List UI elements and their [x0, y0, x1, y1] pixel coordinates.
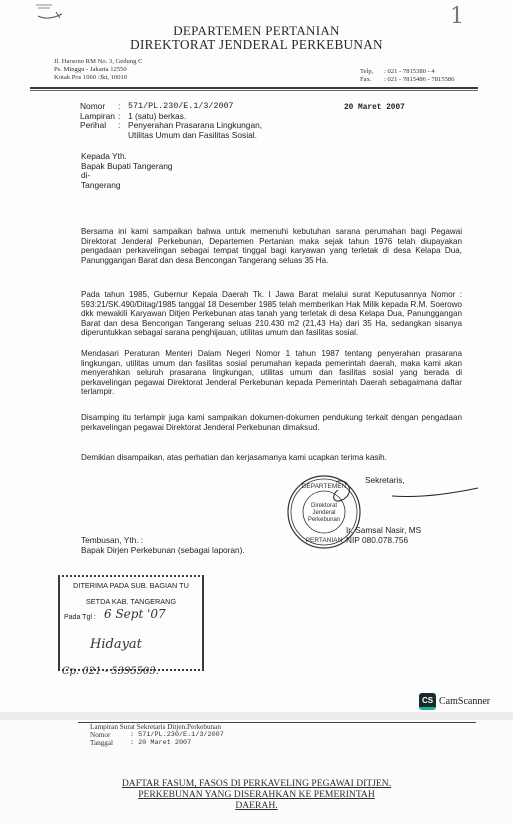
attachment-title: DAFTAR FASUM, FASOS DI PERKAVELING PEGAW… — [0, 778, 513, 811]
body-paragraph: Pada tahun 1985, Gubernur Kepala Daerah … — [81, 290, 462, 338]
letter-page-1: 1 DEPARTEMEN PERTANIAN DIREKTORAT JENDER… — [0, 0, 513, 712]
body-paragraph: Mendasari Peraturan Menteri Dalam Negeri… — [81, 349, 462, 397]
subject-line-2: Utilitas Umum dan Fasilitas Sosial. — [128, 131, 257, 141]
page-separator — [0, 712, 513, 720]
letter-date: 20 Maret 2007 — [344, 104, 405, 112]
letterhead-rule — [30, 87, 478, 89]
svg-text:Jenderal: Jenderal — [312, 510, 335, 516]
fax-number: : 021 - 7815486 - 7815586 — [384, 76, 455, 83]
svg-text:DEPARTEMEN: DEPARTEMEN — [302, 483, 347, 490]
signatory-nip: NIP 080.078.756 — [346, 535, 421, 545]
svg-text:Perkebunan: Perkebunan — [308, 517, 340, 523]
received-signature-handwritten: Hidayat — [90, 637, 142, 652]
letterhead-contact: Telp,: 021 - 7815380 - 4 Fax.: 021 - 781… — [360, 68, 455, 84]
svg-text:PERTANIAN: PERTANIAN — [306, 537, 343, 544]
letter-meta: Nomor:571/PL.230/E.1/3/2007 Lampiran:1 (… — [80, 102, 262, 140]
closing-paragraph: Demikian disampaikan, atas perhatian dan… — [81, 453, 462, 463]
handwritten-scribble — [32, 2, 82, 24]
recipient-block: Kepada Yth. Bapak Bupati Tangerang di- T… — [81, 152, 173, 190]
body-paragraph: Disamping itu terlampir juga kami sampai… — [81, 413, 462, 432]
attachment-header: Lampiran Surat Sekretaris Ditjen.Perkebu… — [90, 723, 224, 747]
signatory-block: Ir. Samsal Nasir, MS NIP 080.078.756 — [346, 525, 421, 545]
signatory-name: Ir. Samsal Nasir, MS — [346, 525, 421, 535]
signature-stroke — [390, 482, 480, 500]
letterhead-rule-thin — [30, 90, 478, 91]
contact-phone-handwritten: Cp. 021 - 5395503. — [62, 666, 159, 677]
copy-to-block: Tembusan, Yth. : Bapak Dirjen Perkebunan… — [81, 536, 245, 555]
letterhead-directorate: DIREKTORAT JENDERAL PERKEBUNAN — [0, 37, 513, 53]
camscanner-watermark: CS CamScanner — [419, 693, 490, 710]
phone-number: : 021 - 7815380 - 4 — [384, 68, 435, 75]
camscanner-logo-icon: CS — [419, 693, 436, 710]
svg-text:Direktorat: Direktorat — [311, 503, 337, 509]
received-date-handwritten: 6 Sept '07 — [104, 607, 166, 621]
received-stamp: DITERIMA PADA SUB. BAGIAN TU SETDA KAB. … — [58, 575, 204, 671]
body-paragraph: Bersama ini kami sampaikan bahwa untuk m… — [81, 227, 462, 265]
letterhead-address: Jl. Harsono RM No. 3, Gedung C Ps. Mingg… — [54, 58, 142, 82]
